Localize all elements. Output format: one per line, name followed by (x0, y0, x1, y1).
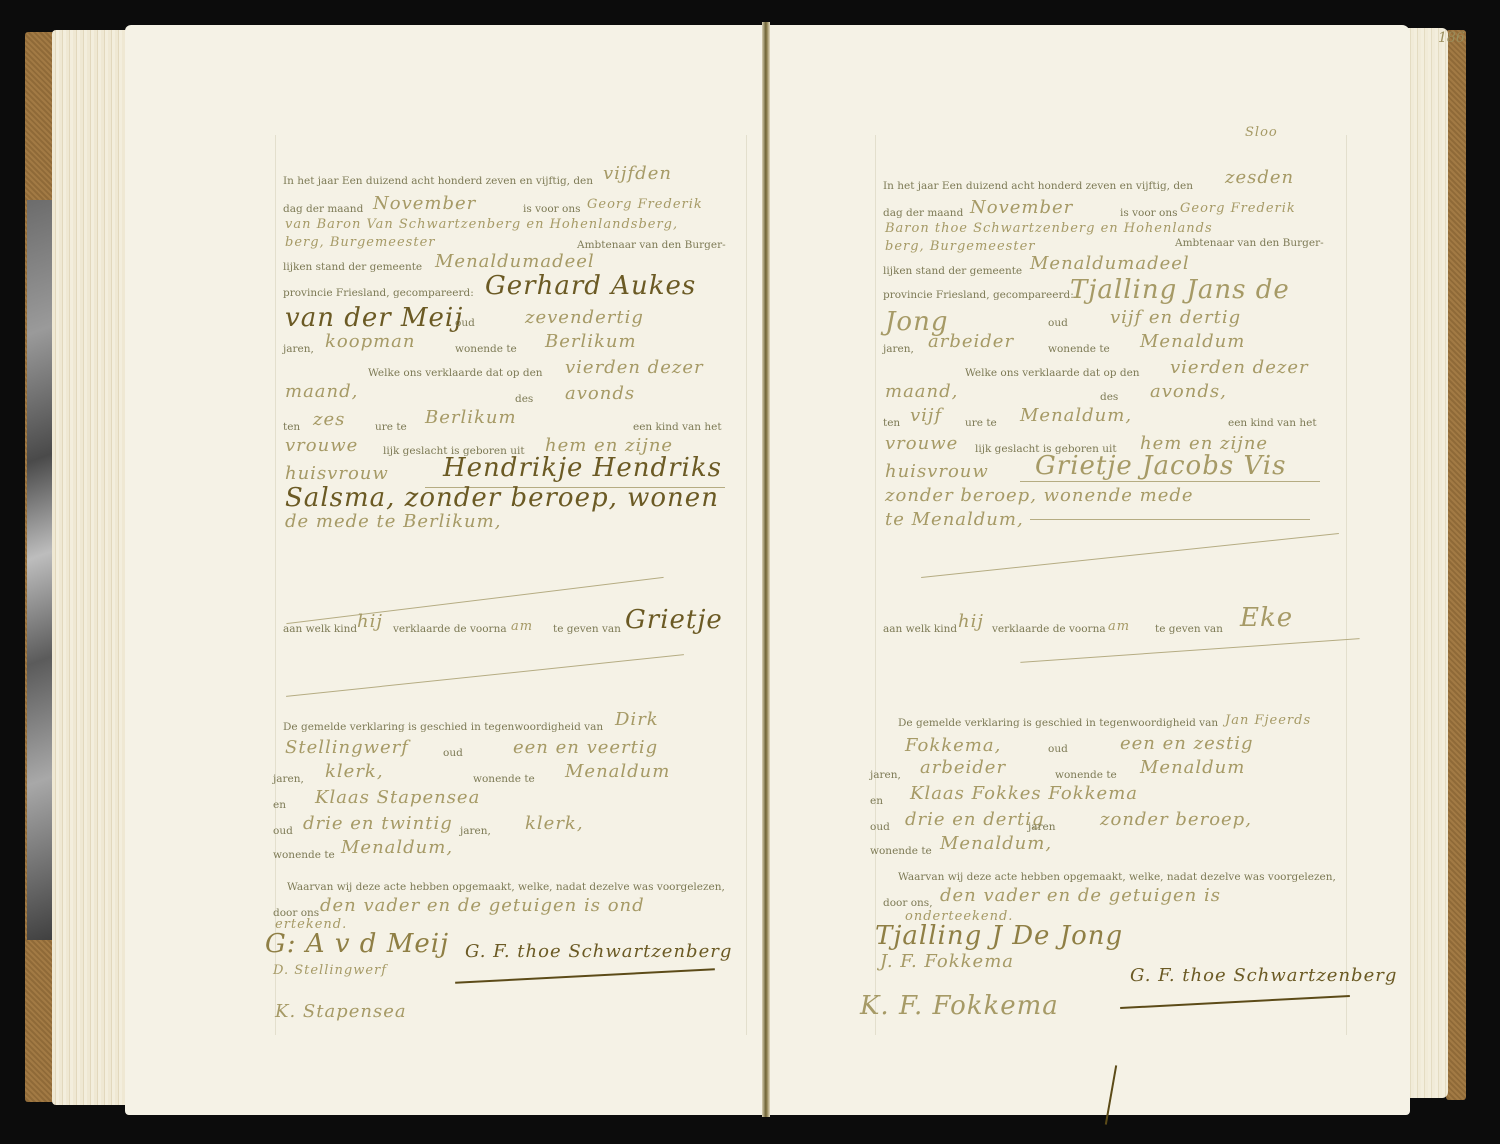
r-w5-hand: Menaldum, (940, 833, 1052, 854)
l-signature-mayor: G. F. thoe Schwartzenberg (465, 941, 732, 962)
book-cover-right-cloth (1446, 30, 1466, 1100)
l-line8-printed-a: jaren, (283, 343, 314, 355)
l-w2-printed-a: jaren, (273, 773, 304, 785)
l-w1-printed: oud (443, 747, 463, 759)
r-line11-hand-a: vijf (910, 405, 942, 426)
r-margin-note: Sloo (1245, 125, 1278, 140)
r-naming-printed-b: verklaarde de voorna (992, 623, 1106, 635)
l-witness-intro-printed: De gemelde verklaring is geschied in teg… (283, 721, 603, 733)
l-line15-hand: de mede te Berlikum, (285, 511, 501, 532)
r-closing-printed: Waarvan wij deze acte hebben opgemaakt, … (898, 871, 1336, 883)
l-line11-hand-b: Berlikum (425, 407, 517, 428)
r-line11-printed-c: een kind van het (1228, 417, 1317, 429)
l-line4-printed: Ambtenaar van den Burger- (577, 239, 726, 251)
l-line10-hand-b: avonds (565, 383, 635, 404)
r-line11-printed-b: ure te (965, 417, 997, 429)
l-w4-hand-a: drie en twintig (303, 813, 453, 834)
r-line7-printed: oud (1048, 317, 1068, 329)
r-line11-hand-b: Menaldum, (1020, 405, 1132, 426)
book-gutter (762, 22, 770, 1117)
left-page: In het jaar Een duizend acht honderd zev… (125, 25, 765, 1115)
r-line10-printed: des (1100, 391, 1118, 403)
l-naming-printed-b: verklaarde de voorna (393, 623, 507, 635)
r-line4-printed: Ambtenaar van den Burger- (1175, 237, 1324, 249)
r-closing2-hand: den vader en de getuigen is (940, 885, 1221, 906)
l-w5-printed: wonende te (273, 849, 335, 861)
l-w1-hand-a: Stellingwerf (285, 737, 409, 758)
l-line2-printed-a: dag der maand (283, 203, 363, 215)
r-witness-intro-printed: De gemelde verklaring is geschied in teg… (898, 717, 1218, 729)
l-naming-hand-a: hij (357, 611, 383, 632)
l-line1-printed: In het jaar Een duizend acht honderd zev… (283, 175, 593, 187)
r-w2-hand-b: Menaldum (1140, 757, 1245, 778)
l-w4-printed-b: jaren, (460, 825, 491, 837)
l-line7-hand-b: zevendertig (525, 307, 644, 328)
r-line8-hand-b: Menaldum (1140, 331, 1245, 352)
l-line13-hand-a: huisvrouw (285, 463, 389, 484)
r-w1-hand-a: Fokkema, (905, 735, 1001, 756)
r-line13-hand-b: Grietje Jacobs Vis (1035, 451, 1286, 481)
l-line9-printed: Welke ons verklaarde dat op den (368, 367, 543, 379)
l-line13-hand-b: Hendrikje Hendriks (443, 453, 722, 483)
l-closing-printed: Waarvan wij deze acte hebben opgemaakt, … (287, 881, 725, 893)
r-w3-hand: Klaas Fokkes Fokkema (910, 783, 1138, 804)
r-line13-hand-a: huisvrouw (885, 461, 989, 482)
l-w4-printed-a: oud (273, 825, 293, 837)
r-witness-intro-hand: Jan Fjeerds (1225, 713, 1311, 728)
r-line9-printed: Welke ons verklaarde dat op den (965, 367, 1140, 379)
l-w2-hand-a: klerk, (325, 761, 384, 782)
l-naming-hand-c: Grietje (625, 605, 723, 635)
l-signature-witness1: D. Stellingwerf (273, 963, 387, 978)
l-line3-hand: van Baron Van Schwartzenberg en Hohenlan… (285, 217, 678, 232)
l-line1-hand: vijfden (603, 163, 672, 184)
r-line2-hand-a: November (970, 197, 1073, 218)
r-signature-witness1: J. F. Fokkema (880, 951, 1014, 972)
r-naming-hand-c: Eke (1240, 603, 1293, 633)
l-w3-hand: Klaas Stapensea (315, 787, 480, 808)
l-line7-hand-a: van der Meij (285, 303, 463, 333)
l-line11-printed-b: ure te (375, 421, 407, 433)
l-line8-hand-b: Berlikum (545, 331, 637, 352)
r-line8-printed-b: wonende te (1048, 343, 1110, 355)
l-line14-hand: Salsma, zonder beroep, wonen (285, 483, 719, 513)
r-closing2-printed: door ons, (883, 897, 933, 909)
r-signature-mayor: G. F. thoe Schwartzenberg (1130, 965, 1397, 986)
r-line1-hand: zesden (1225, 167, 1294, 188)
l-line11-hand-a: zes (313, 409, 345, 430)
l-line7-printed: oud (455, 317, 475, 329)
r-line15-hand: te Menaldum, (885, 509, 1024, 530)
l-w2-printed-b: wonende te (473, 773, 535, 785)
r-line12-hand-a: vrouwe (885, 433, 958, 454)
r-line4-hand: berg, Burgemeester (885, 239, 1036, 254)
r-line2-printed-b: is voor ons (1120, 207, 1178, 219)
r-line14-hand: zonder beroep, wonende mede (885, 485, 1194, 506)
l-line5-hand: Menaldumadeel (435, 251, 595, 272)
l-line11-printed-a: ten (283, 421, 300, 433)
l-naming-hand-b: am (511, 619, 533, 634)
l-line10-printed: des (515, 393, 533, 405)
l-signature-witness2: K. Stapensea (275, 1001, 407, 1022)
r-line11-printed-a: ten (883, 417, 900, 429)
r-w2-printed-b: wonende te (1055, 769, 1117, 781)
l-w3-printed: en (273, 799, 286, 811)
l-line6-printed: provincie Friesland, gecompareerd: (283, 287, 474, 299)
l-line2-hand-b: Georg Frederik (587, 197, 703, 212)
r-w5-printed: wonende te (870, 845, 932, 857)
r-signature-father: Tjalling J De Jong (875, 921, 1123, 951)
r-signature-witness2: K. F. Fokkema (860, 991, 1059, 1021)
r-line2-printed-a: dag der maand (883, 207, 963, 219)
r-naming-hand-a: hij (958, 611, 984, 632)
l-w2-hand-b: Menaldum (565, 761, 670, 782)
r-w4-printed-a: oud (870, 821, 890, 833)
r-naming-printed-c: te geven van (1155, 623, 1223, 635)
r-line8-printed-a: jaren, (883, 343, 914, 355)
r-w4-hand-a: drie en dertig (905, 809, 1045, 830)
l-line11-printed-c: een kind van het (633, 421, 722, 433)
r-line6-printed: provincie Friesland, gecompareerd: (883, 289, 1074, 301)
l-line10-hand-a: maand, (285, 381, 358, 402)
l-signature-father: G: A v d Meij (265, 929, 449, 959)
r-w2-hand-a: arbeider (920, 757, 1006, 778)
l-naming-printed-c: te geven van (553, 623, 621, 635)
l-line12-hand-a: vrouwe (285, 435, 358, 456)
r-line9-hand: vierden dezer (1170, 357, 1309, 378)
l-line5-printed: lijken stand der gemeente (283, 261, 422, 273)
r-line1-printed: In het jaar Een duizend acht honderd zev… (883, 180, 1193, 192)
l-w1-hand-b: een en veertig (513, 737, 658, 758)
l-line2-printed-b: is voor ons (523, 203, 581, 215)
right-page: 186 Sloo In het jaar Een duizend acht ho… (770, 25, 1410, 1115)
r-line6-hand: Tjalling Jans de (1070, 275, 1290, 305)
r-line10-hand-a: maand, (885, 381, 958, 402)
r-line5-hand: Menaldumadeel (1030, 253, 1190, 274)
l-line9-hand: vierden dezer (565, 357, 704, 378)
r-w4-hand-b: zonder beroep, (1100, 809, 1252, 830)
l-line4-hand: berg, Burgemeester (285, 235, 436, 250)
r-w2-printed-a: jaren, (870, 769, 901, 781)
l-line2-hand-a: November (373, 193, 476, 214)
r-line2-hand-b: Georg Frederik (1180, 201, 1296, 216)
l-closing2-hand: den vader en de getuigen is ond (320, 895, 645, 916)
l-w5-hand: Menaldum, (341, 837, 453, 858)
r-w1-hand-b: een en zestig (1120, 733, 1253, 754)
l-naming-printed-a: aan welk kind (283, 623, 357, 635)
r-line5-printed: lijken stand der gemeente (883, 265, 1022, 277)
l-witness-intro-hand: Dirk (615, 709, 659, 730)
r-w1-printed: oud (1048, 743, 1068, 755)
r-line7-hand-b: vijf en dertig (1110, 307, 1241, 328)
r-line8-hand-a: arbeider (928, 331, 1014, 352)
r-naming-hand-b: am (1108, 619, 1130, 634)
l-line8-hand-a: koopman (325, 331, 416, 352)
r-w4-printed-b: jaren (1028, 821, 1056, 833)
l-line8-printed-b: wonende te (455, 343, 517, 355)
page-number: 186 (1438, 30, 1465, 46)
l-w4-hand-b: klerk, (525, 813, 584, 834)
r-w3-printed: en (870, 795, 883, 807)
page-stack-left (52, 30, 132, 1105)
r-line10-hand-b: avonds, (1150, 381, 1227, 402)
r-line3-hand: Baron thoe Schwartzenberg en Hohenlands (885, 221, 1213, 236)
l-line6-hand: Gerhard Aukes (485, 271, 696, 301)
r-naming-printed-a: aan welk kind (883, 623, 957, 635)
